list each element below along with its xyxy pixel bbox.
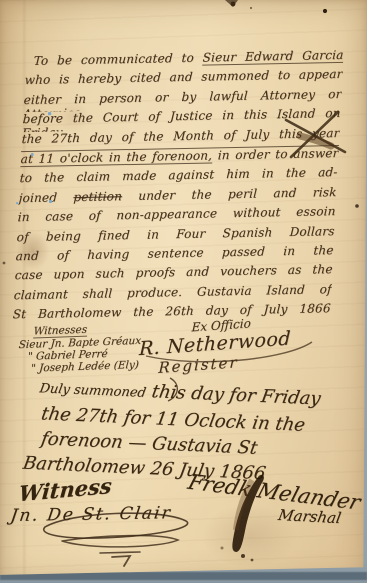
scanned-document: To be communicated to Sieur Edward Garci…: [0, 0, 367, 583]
body-text: in order to answer: [217, 146, 339, 162]
summons-text: this day for Friday: [150, 381, 322, 409]
register-signature-block: Ex Officio R. Netherwood Register: [138, 313, 292, 378]
underlined-phrase: at 11 o'clock in the forenoon,: [20, 148, 212, 167]
body-text: joined: [18, 190, 57, 205]
document-body: To be communicated to Sieur Edward Garci…: [12, 48, 344, 327]
marshal-title: Marshal: [277, 506, 343, 527]
witness-list: Witnesses Sieur Jn. Bapte Gréaux " Gabri…: [17, 322, 143, 375]
summons-text: Duly summoned: [38, 381, 147, 401]
body-text: under the peril and risk: [138, 185, 337, 203]
document-page: To be communicated to Sieur Edward Garci…: [0, 0, 367, 583]
witness-label: Witness: [18, 473, 113, 506]
witness-signature: Jn. De St. Clair: [9, 503, 173, 526]
body-text: To be communicated to: [33, 51, 194, 68]
struck-word: petition: [73, 189, 122, 204]
addressee-name: Sieur Edward Garcia: [202, 48, 344, 66]
